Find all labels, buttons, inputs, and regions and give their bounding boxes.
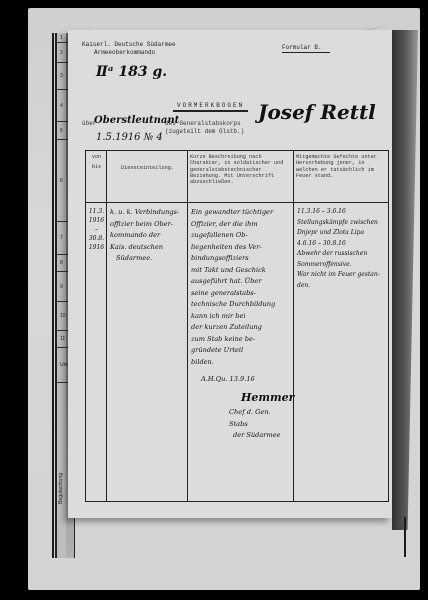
text-line: offizier beim Ober- (110, 219, 185, 231)
cell-von-bis: 11.3. 1916 – 30.8. 1916 (86, 205, 107, 254)
text-line: bilden. (191, 357, 291, 369)
text-line: 4.6.16 – 30.8.16 (297, 239, 387, 250)
vormerkbogen-form: Kaiserl. Deutsche Südarmee Armeeoberkomm… (68, 30, 392, 518)
text-line: mit Takt und Geschick (191, 265, 291, 277)
cell-diensteinteilung: k. u. k. Verbindungs- offizier beim Ober… (107, 205, 188, 267)
header-gefechte: Mitgemachte Gefechte unter Hervorhebung … (294, 151, 390, 203)
text-line: War nicht im Feuer gestan- (297, 270, 387, 281)
text-line: der kurzen Zuteilung (191, 322, 291, 334)
register-vertical-label: Begutachtung (58, 473, 64, 504)
von-date: 11.3. (86, 207, 107, 216)
text-line: Kais. deutschen (110, 242, 185, 254)
signature: Hemmer (191, 392, 291, 404)
text-line: 11.3.16 – 3.6.16 (297, 207, 387, 218)
signer-title-line-1: Chef d. Gen. Stabs (191, 407, 291, 430)
text-line: Südarmee. (110, 253, 185, 265)
cell-gefechte: 11.3.16 – 3.6.16 Stellungskämpfe zwische… (294, 205, 390, 293)
text-line: technische Durchbildung (191, 299, 291, 311)
header-diensteinteilung: Diensteinteilung. (107, 151, 188, 203)
header-von: von (88, 154, 105, 160)
text-line: Sommeroffensive. (297, 260, 387, 271)
place-date: A.H.Qu. 13.9.16 (191, 374, 291, 386)
text-line: seine generalstabs- (191, 288, 291, 300)
text-line: Dnjepr und Zlota Lipa (297, 228, 387, 239)
corps-note: (zugeteilt dem Glstb.) (165, 128, 244, 135)
von-year: 1916 (86, 216, 107, 225)
text-line: Abwehr der russischen (297, 249, 387, 260)
right-margin-rule (404, 517, 406, 557)
form-title: VORMERKBOGEN (173, 102, 248, 112)
text-line: Stellungskämpfe zwischen (297, 218, 387, 229)
officer-name-handwritten: Josef Rettl (258, 100, 376, 124)
header-beschreibung: Kurze Beschreibung nach Charakter, in so… (188, 151, 294, 203)
issuing-authority: Kaiserl. Deutsche Südarmee Armeeoberkomm… (82, 41, 176, 57)
date-number-handwritten: 1.5.1916 № 4 (96, 132, 163, 143)
text-line: gründete Urteil (191, 345, 291, 357)
cell-beschreibung: Ein gewandter tüchtiger Offizier, der di… (188, 205, 294, 444)
header-bis: bis (88, 164, 105, 170)
authority-line-2: Armeeoberkommando (82, 49, 176, 57)
reference-number: Ⅱᵃ 183 g. (96, 64, 167, 80)
text-line: bindungsoffiziers (191, 253, 291, 265)
text-line: zum Stab keine be- (191, 334, 291, 346)
text-line: liegenheiten des Ver- (191, 242, 291, 254)
authority-line-1: Kaiserl. Deutsche Südarmee (82, 41, 176, 49)
text-line: den. (297, 281, 387, 292)
corps-label: des Generalstabskorps (165, 120, 241, 127)
text-line: k. u. k. Verbindungs- (110, 207, 185, 219)
header-von-bis: von bis (86, 151, 107, 203)
text-line: Ein gewandter tüchtiger (191, 207, 291, 219)
bis-year: 1916 (86, 243, 107, 252)
text-line: ausgeführt hat. Über (191, 276, 291, 288)
formular-label: Formular B. (282, 44, 330, 53)
record-table: von bis Diensteinteilung. Kurze Beschrei… (85, 150, 389, 502)
signer-title-line-2: der Südarmee (191, 430, 291, 442)
text-line: Offizier, der die ihm (191, 219, 291, 231)
date-separator: – (86, 225, 107, 234)
margin-rule (52, 33, 54, 558)
text-line: kommando der (110, 230, 185, 242)
text-line: zugefallenen Ob- (191, 230, 291, 242)
text-line: kann ich mir bei (191, 311, 291, 323)
bis-date: 30.8. (86, 234, 107, 243)
